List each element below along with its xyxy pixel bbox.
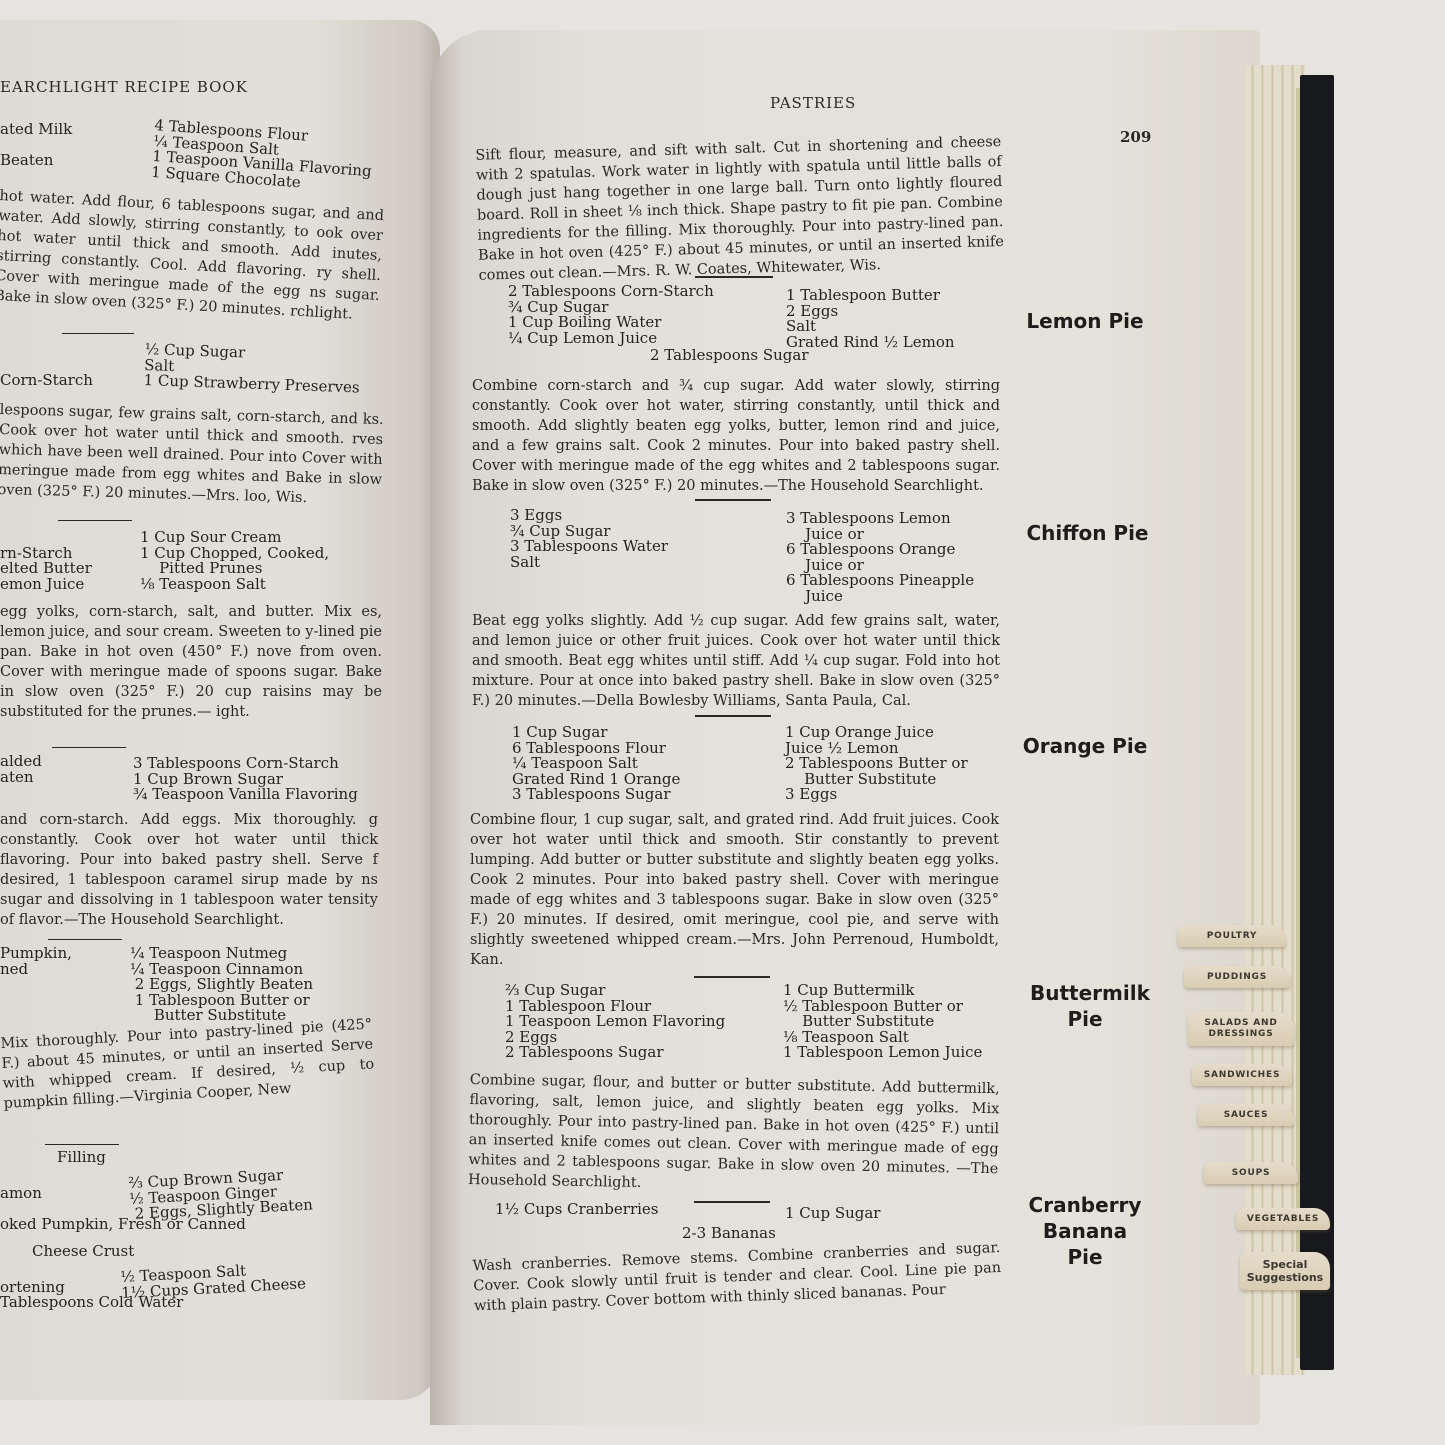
ingredients-col2: 1 Cup Sugar [785, 1206, 880, 1222]
tab-sauces[interactable]: SAUCES [1198, 1104, 1294, 1126]
page-number: 209 [1120, 128, 1151, 146]
ingredients-col1: 3 Eggs ¾ Cup Sugar 3 Tablespoons Water S… [510, 508, 668, 570]
ingredients-center: 2-3 Bananas [682, 1226, 776, 1242]
divider [52, 747, 126, 748]
ingredients-right: ½ Cup Sugar Salt 1 Cup Strawberry Preser… [143, 342, 361, 396]
tab-special-suggestions[interactable]: Special Suggestions [1240, 1252, 1330, 1290]
ingredients-col2: 1 Cup Buttermilk ½ Tablespoon Butter or … [783, 983, 982, 1061]
recipe-text: and corn-starch. Add eggs. Mix thoroughl… [0, 810, 378, 930]
ingredients-col1: 1 Cup Sugar 6 Tablespoons Flour ¼ Teaspo… [512, 725, 680, 803]
recipe-text: egg yolks, corn-starch, salt, and butter… [0, 602, 382, 722]
ingredients-right: 3 Tablespoons Corn-Starch 1 Cup Brown Su… [133, 756, 358, 803]
ingredients-right: ⅔ Cup Brown Sugar ½ Teaspoon Ginger 2 Eg… [128, 1166, 313, 1222]
ingredients-left: Pumpkin, ned [0, 946, 72, 977]
tab-vegetables[interactable]: VEGETABLES [1236, 1208, 1330, 1230]
divider [58, 520, 132, 521]
book-cover-edge [1300, 75, 1334, 1370]
ingredients-col2: 1 Cup Orange Juice Juice ½ Lemon 2 Table… [785, 725, 968, 803]
ingredients-right: ¼ Teaspoon Nutmeg ¼ Teaspoon Cinnamon 2 … [130, 946, 313, 1024]
recipe-text: Beat egg yolks slightly. Add ½ cup sugar… [472, 611, 1000, 711]
right-running-head: PASTRIES [770, 94, 856, 112]
divider [695, 276, 773, 278]
ingredients-col2: 3 Tablespoons Lemon Juice or 6 Tablespoo… [786, 511, 974, 604]
tab-puddings[interactable]: PUDDINGS [1184, 966, 1290, 988]
tab-salads-and-dressings[interactable]: SALADS AND DRESSINGS [1188, 1012, 1294, 1046]
recipe-text: Combine sugar, flour, and butter or butt… [468, 1070, 1000, 1199]
divider [45, 1144, 119, 1145]
tab-soups[interactable]: SOUPS [1204, 1162, 1298, 1184]
divider [694, 976, 770, 978]
ingredients-col1: 1½ Cups Cranberries [495, 1202, 659, 1218]
recipe-title-lemon-pie: Lemon Pie [1025, 308, 1145, 334]
divider [62, 333, 134, 334]
tab-sandwiches[interactable]: SANDWICHES [1192, 1064, 1292, 1086]
ingredients-center: 2 Tablespoons Sugar [650, 348, 809, 364]
ingredients-right: 1 Cup Sour Cream 1 Cup Chopped, Cooked, … [140, 530, 329, 592]
ingredients-left: Corn-Starch [0, 342, 93, 389]
recipe-text: lespoons sugar, few grains salt, corn-st… [0, 400, 384, 510]
divider [695, 715, 771, 717]
tab-poultry[interactable]: POULTRY [1178, 925, 1286, 947]
recipe-title-chiffon-pie: Chiffon Pie [1020, 520, 1155, 546]
recipe-text: Combine corn-starch and ¾ cup sugar. Add… [472, 376, 1000, 496]
left-running-head: EARCHLIGHT RECIPE BOOK [0, 78, 248, 96]
ingredients-left: ated Milk Beaten [0, 122, 72, 169]
ingredients-left: alded aten [0, 754, 42, 785]
recipe-title-orange-pie: Orange Pie [1020, 733, 1150, 759]
ingredients-col1: ⅔ Cup Sugar 1 Tablespoon Flour 1 Teaspoo… [505, 983, 725, 1061]
divider [694, 1201, 770, 1203]
recipe-title-cranberry-banana-pie: Cranberry Banana Pie [1025, 1192, 1145, 1270]
ingredients-col2: 1 Tablespoon Butter 2 Eggs Salt Grated R… [786, 288, 955, 350]
recipe-text: hot water. Add flour, 6 tablespoons suga… [0, 186, 384, 326]
divider [48, 939, 122, 940]
ingredients-left: rn-Starch elted Butter emon Juice [0, 530, 92, 592]
subhead-filling: Filling [57, 1150, 106, 1166]
subhead-cheese-crust: Cheese Crust [32, 1244, 134, 1260]
divider [695, 499, 771, 501]
intro-recipe-text: Sift flour, measure, and sift with salt.… [475, 132, 1004, 286]
recipe-text: Combine flour, 1 cup sugar, salt, and gr… [470, 810, 999, 970]
ingredients-col1: 2 Tablespoons Corn-Starch ¾ Cup Sugar 1 … [508, 284, 714, 346]
recipe-title-buttermilk-pie: Buttermilk Pie [1030, 980, 1140, 1032]
